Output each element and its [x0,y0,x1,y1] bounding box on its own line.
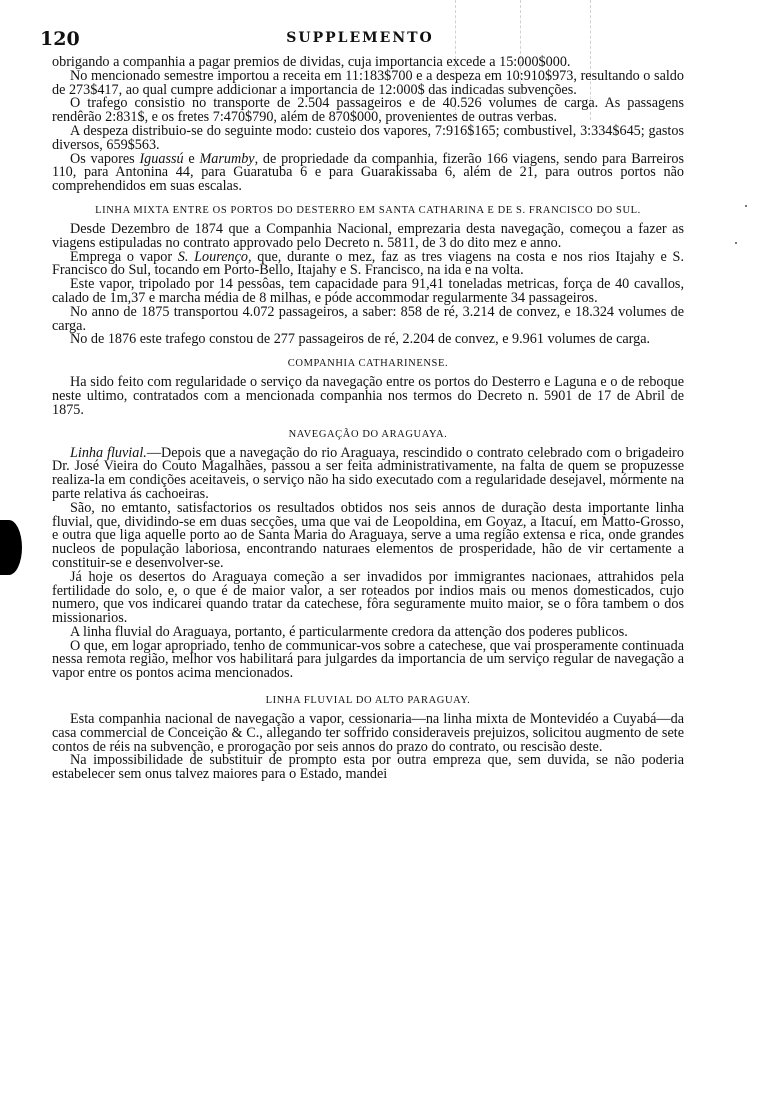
running-title: SUPPLEMENTO [40,30,680,46]
paragraph: No anno de 1875 transportou 4.072 passag… [52,306,684,334]
scan-speck [745,205,747,207]
paragraph: A despeza distribuio-se do seguinte modo… [52,125,684,153]
paragraph: Desde Dezembro de 1874 que a Companhia N… [52,223,684,251]
paragraph: No mencionado semestre importou a receit… [52,70,684,98]
paragraph-lead: Linha fluvial.—Depois que a navegação do… [52,447,684,502]
paragraph: Na impossibilidade de substituir de prom… [52,754,684,782]
scan-blot [0,520,22,575]
page-header: 120 SUPPLEMENTO [40,28,680,54]
section-heading: Navegação do Araguaya. [72,428,664,441]
paragraph: Já hoje os desertos do Araguaya começão … [52,571,684,626]
paragraph-vapores: Os vapores Iguassú e Marumby, de proprie… [52,153,684,194]
paragraph: Ha sido feito com regularidade o serviço… [52,376,684,417]
paragraph: O trafego consistio no transporte de 2.5… [52,97,684,125]
paragraph-lourenco: Emprega o vapor S. Lourenço, que, durant… [52,251,684,279]
paragraph: São, no emtanto, satisfactorios os resul… [52,502,684,571]
section-heading: Linha fluvial do Alto Paraguay. [72,694,664,707]
paragraph: Esta companhia nacional de navegação a v… [52,713,684,754]
body-text: obrigando a companhia a pagar premios de… [52,56,684,782]
section-heading: Linha mixta entre os portos do Desterro … [72,204,664,217]
paragraph: O que, em logar apropriado, tenho de com… [52,640,684,681]
scan-speck [735,242,737,244]
paragraph: Este vapor, tripolado por 14 pessôas, te… [52,278,684,306]
document-page: 120 SUPPLEMENTO obrigando a companhia a … [0,0,757,1098]
section-heading: Companhia Catharinense. [72,357,664,370]
paragraph: No de 1876 este trafego constou de 277 p… [52,333,684,347]
text: —Depois que a navegação do rio Araguaya,… [52,445,684,502]
